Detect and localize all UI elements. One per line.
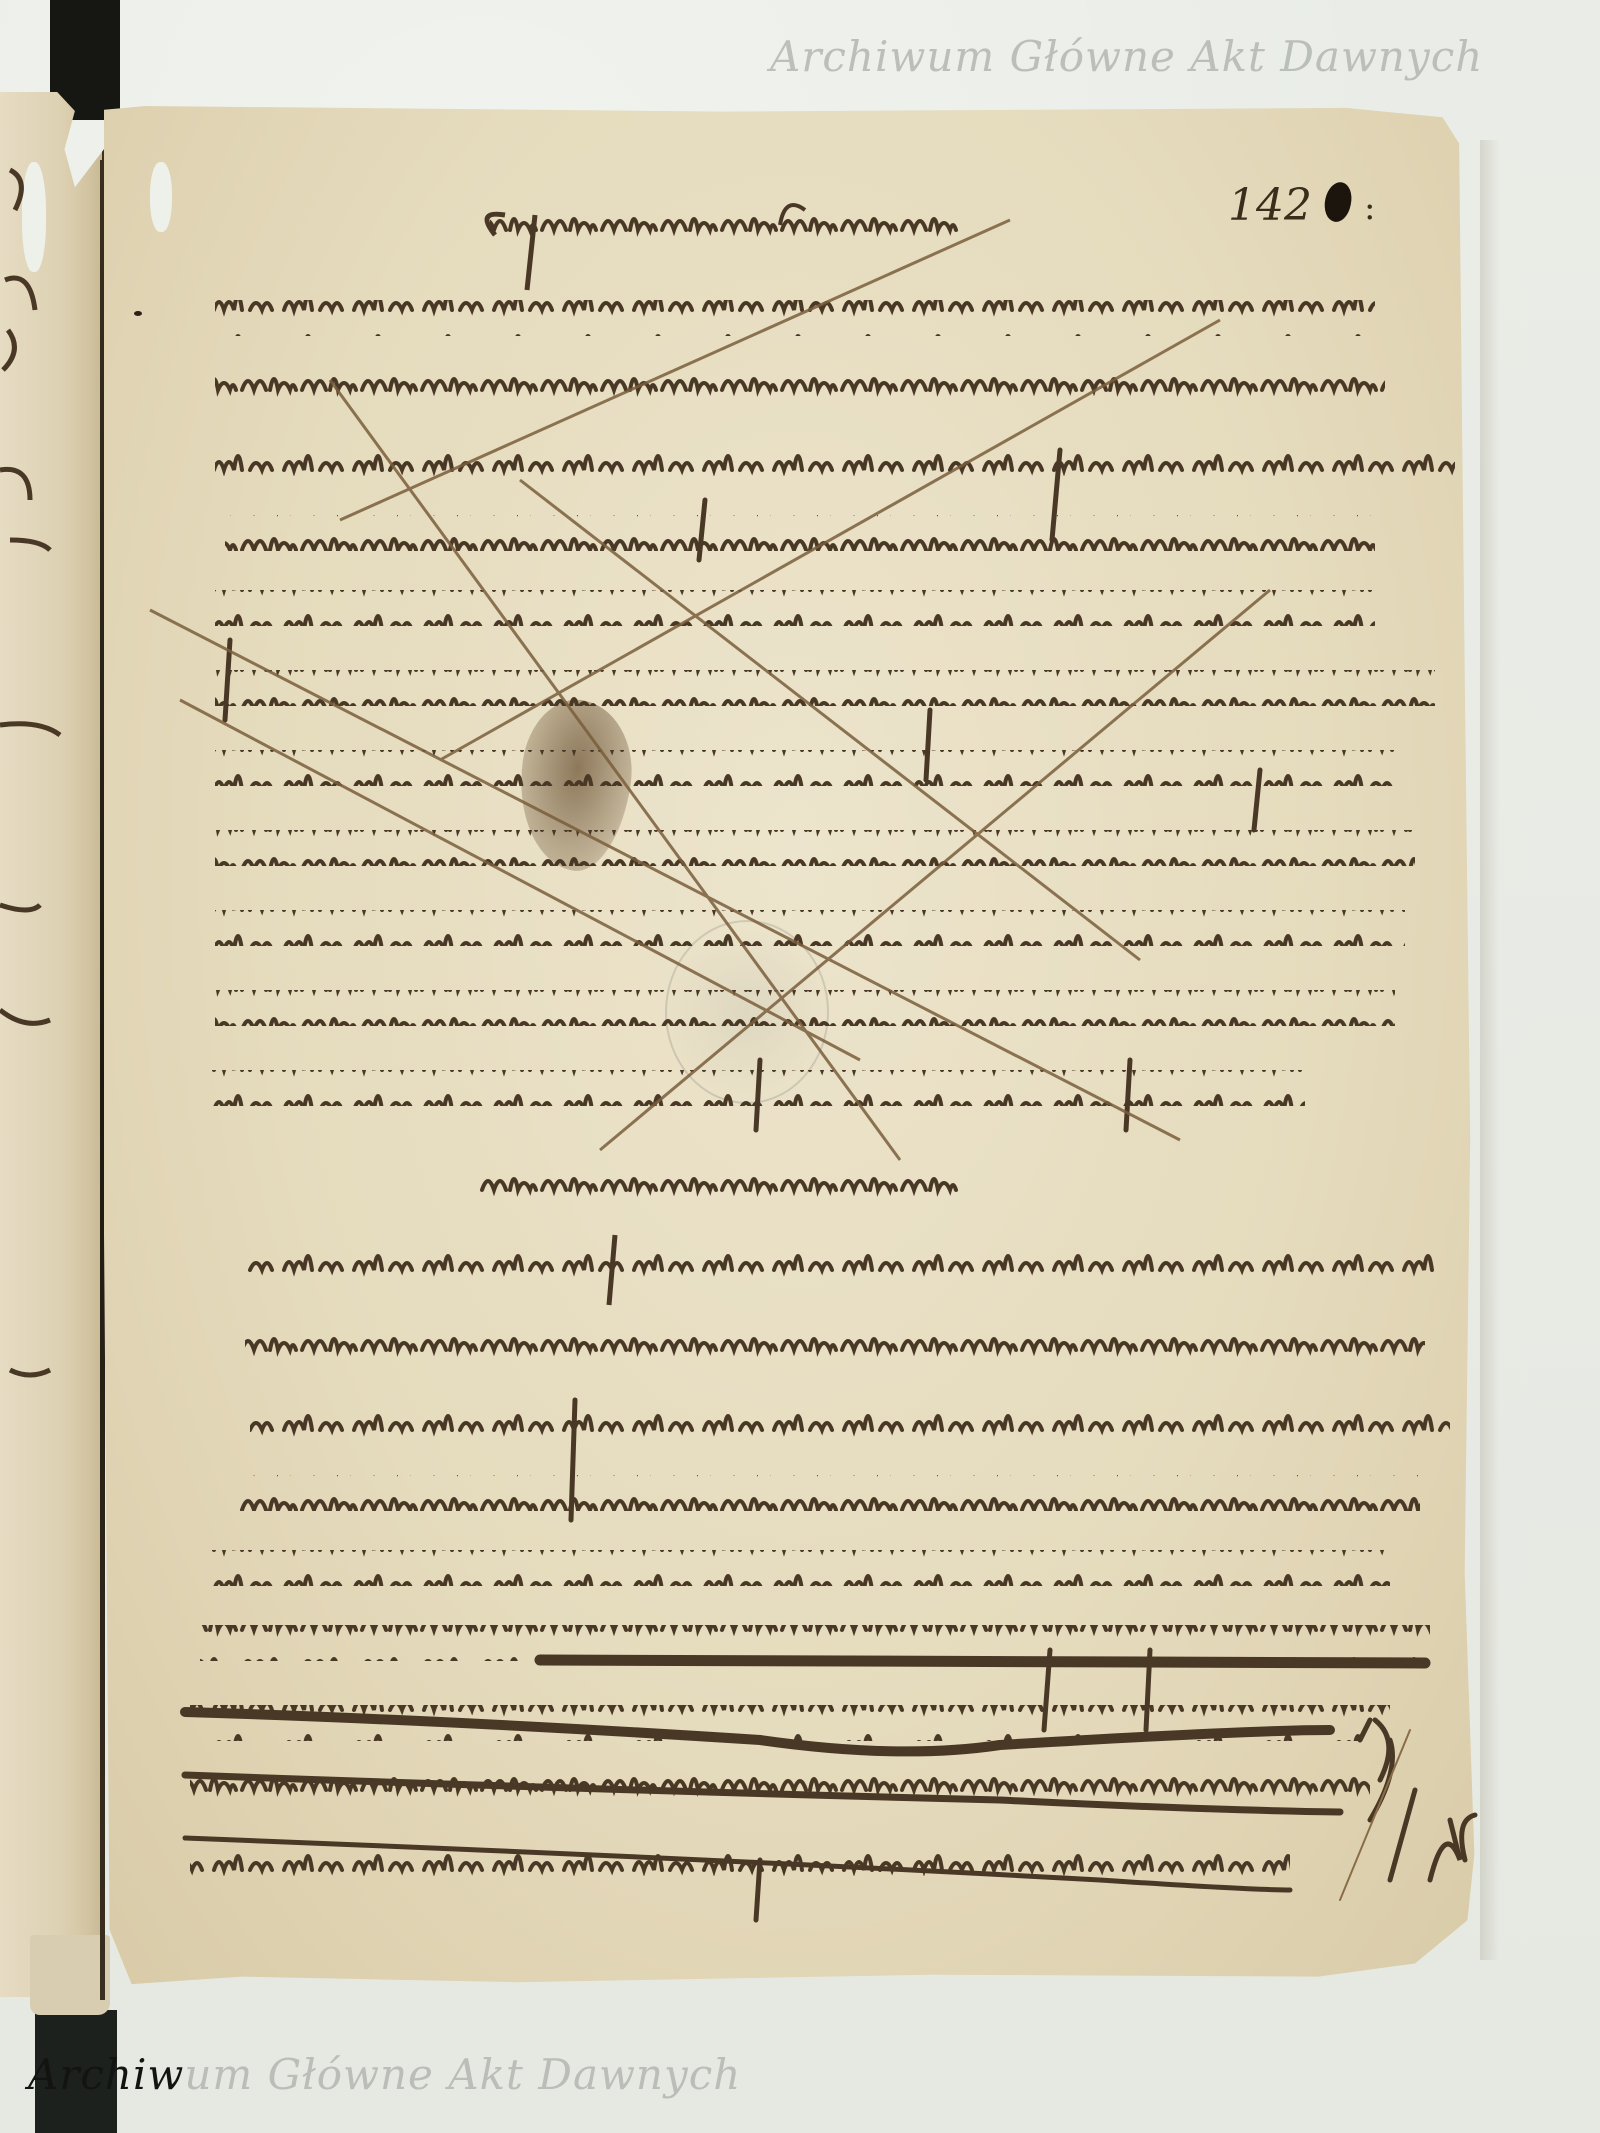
watermark-archive-top: Archiwum Główne Akt Dawnych: [770, 32, 1483, 81]
watermark-bottom-dark-part: Archiw: [28, 2050, 184, 2099]
facing-page-fragment: [0, 92, 104, 1997]
page-edge-shadow: [1480, 140, 1500, 1960]
binding-hole-right: [150, 162, 172, 232]
folio-suffix: :: [1364, 188, 1375, 228]
folio-number: 142: [1228, 180, 1312, 231]
watermark-archive-bottom: Archiwum Główne Akt Dawnych: [28, 2050, 741, 2099]
binding-hole-left: [22, 162, 46, 272]
facing-page-torn-corner: [30, 1935, 110, 2015]
margin-dot: [134, 311, 142, 316]
watermark-bottom-text: um Główne Akt Dawnych: [184, 2050, 741, 2099]
